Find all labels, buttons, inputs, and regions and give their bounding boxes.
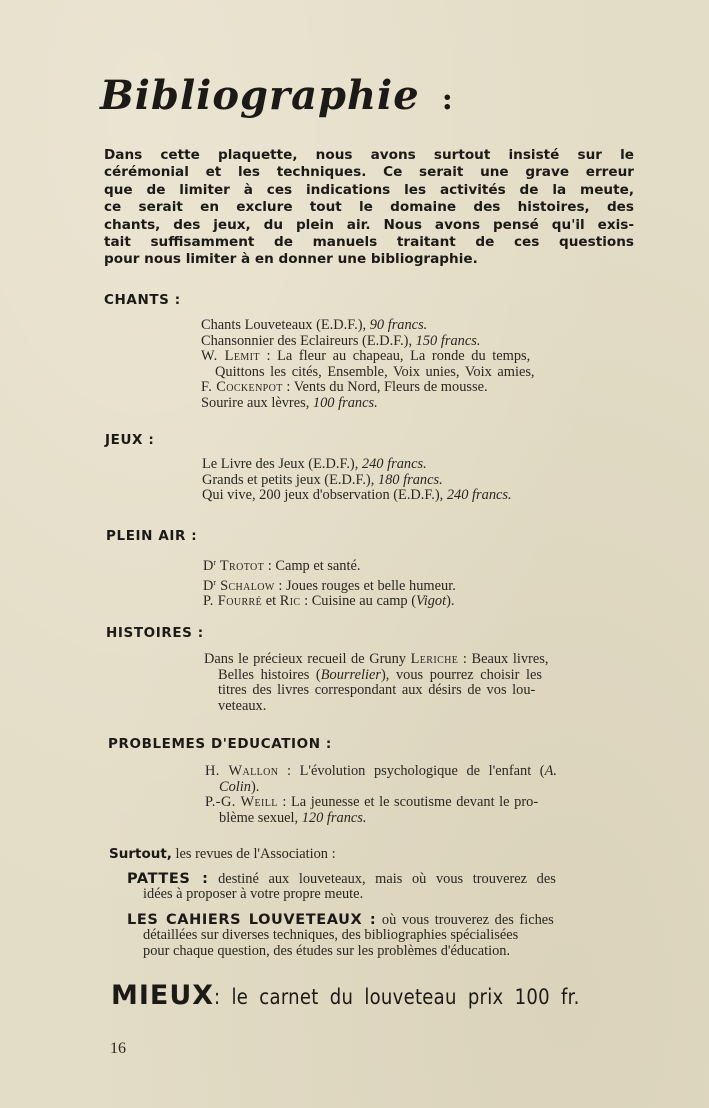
revue-name: LES CAHIERS LOUVETEAUX :	[127, 912, 376, 928]
bib-entry: Dr Trotot : Camp et santé.	[203, 555, 456, 575]
title-colon: :	[442, 82, 454, 117]
entry-text: : Joues rouges et belle humeur.	[275, 578, 456, 594]
entry-text: Grands et petits jeux (E.D.F.),	[202, 472, 378, 488]
section-heading-chants: CHANTS :	[104, 292, 181, 308]
revue-name: PATTES :	[127, 871, 209, 887]
bib-entry-continuation: blème sexuel, 120 francs.	[205, 811, 557, 827]
entry-text: ).	[446, 593, 454, 609]
entry-price: 120 francs.	[302, 810, 367, 826]
revue-text: où vous trouverez des fiches	[376, 912, 553, 928]
entry-author: F. Cockenpot	[201, 379, 283, 395]
entry-price: 100 francs.	[313, 395, 378, 411]
mieux-advert: MIEUX : le carnet du louveteau prix 100 …	[111, 980, 639, 1011]
entry-publisher: A.	[545, 763, 557, 779]
entry-text: : La fleur au chapeau, La ronde du temps…	[260, 348, 530, 364]
intro-line: tait suffisamment de manuels traitant de…	[104, 234, 634, 251]
bib-entry: Sourire aux lèvres, 100 francs.	[201, 396, 535, 412]
entry-title-prefix: D	[203, 578, 213, 594]
mieux-text: : le carnet du louveteau prix 100 fr.	[214, 985, 580, 1009]
section-plein-air-list: Dr Trotot : Camp et santé. Dr Schalow : …	[203, 555, 456, 610]
entry-author: P. Fourré	[203, 593, 262, 609]
entry-text: et	[262, 593, 280, 609]
bib-entry-continuation: veteaux.	[204, 699, 548, 715]
entry-text: : L'évolution psychologique de l'enfant …	[278, 763, 544, 779]
revue-line: détaillées sur diverses techniques, des …	[127, 928, 554, 943]
bib-entry: F. Cockenpot : Vents du Nord, Fleurs de …	[201, 380, 535, 396]
entry-author: H. Wallon	[205, 763, 278, 779]
section-heading-education: PROBLEMES D'EDUCATION :	[108, 736, 332, 752]
entry-price: 180 francs.	[378, 472, 443, 488]
revue-cahiers-louveteaux: LES CAHIERS LOUVETEAUX : où vous trouver…	[127, 913, 554, 959]
section-jeux-list: Le Livre des Jeux (E.D.F.), 240 francs. …	[202, 457, 512, 504]
entry-text: Dans le précieux recueil de Gruny	[204, 651, 411, 667]
entry-text: Chants Louveteaux (E.D.F.),	[201, 317, 370, 333]
intro-line: chants, des jeux, du plein air. Nous avo…	[104, 217, 634, 234]
entry-text: : Camp et santé.	[264, 558, 360, 574]
section-education-list: H. Wallon : L'évolution psychologique de…	[205, 764, 557, 826]
entry-author: Schalow	[216, 578, 275, 594]
entry-author: Ric	[280, 593, 301, 609]
bib-entry: H. Wallon : L'évolution psychologique de…	[205, 764, 557, 780]
entry-publisher: Colin	[219, 779, 251, 795]
intro-line: ce serait en exclure tout le domaine des…	[104, 199, 634, 216]
entry-title-prefix: D	[203, 558, 213, 574]
page-number: 16	[110, 1040, 126, 1058]
entry-text: ), vous pourrez choisir les	[381, 667, 542, 683]
revue-line: idées à proposer à votre propre meute.	[127, 887, 556, 902]
entry-text: ).	[251, 779, 259, 795]
entry-author: W. Lemit	[201, 348, 260, 364]
entry-price: 240 francs.	[362, 456, 427, 472]
bib-entry-continuation: Quittons les cités, Ensemble, Voix unies…	[201, 365, 535, 381]
entry-text: blème sexuel,	[219, 810, 302, 826]
revue-text: destiné aux louveteaux, mais où vous tro…	[209, 871, 556, 887]
revue-line: PATTES : destiné aux louveteaux, mais où…	[127, 872, 556, 887]
entry-text: : Beaux livres,	[458, 651, 548, 667]
mieux-bold: MIEUX	[111, 980, 214, 1011]
intro-line: cérémonial et les techniques. Ce serait …	[104, 164, 634, 181]
entry-text: : Cuisine au camp (	[301, 593, 417, 609]
entry-author: P.-G. Weill	[205, 794, 278, 810]
entry-price: 240 francs.	[447, 487, 512, 503]
surtout-bold: Surtout,	[109, 846, 172, 862]
revue-line: LES CAHIERS LOUVETEAUX : où vous trouver…	[127, 913, 554, 928]
bib-entry: Dans le précieux recueil de Gruny Lerich…	[204, 652, 548, 668]
entry-text: : Vents du Nord, Fleurs de mousse.	[283, 379, 488, 395]
bib-entry: Chants Louveteaux (E.D.F.), 90 francs.	[201, 318, 535, 334]
entry-text: Le Livre des Jeux (E.D.F.),	[202, 456, 362, 472]
entry-publisher: Bourrelier	[321, 667, 381, 683]
page-title: Bibliographie:	[100, 72, 454, 119]
bib-entry: Dr Schalow : Joues rouges et belle humeu…	[203, 575, 456, 595]
entry-text: : La jeunesse et le scoutisme devant le …	[278, 794, 538, 810]
bib-entry: Qui vive, 200 jeux d'observation (E.D.F.…	[202, 488, 512, 504]
document-page: Bibliographie: Dans cette plaquette, nou…	[0, 0, 709, 1108]
entry-author: Leriche	[411, 651, 459, 667]
section-heading-histoires: HISTOIRES :	[106, 625, 204, 641]
bib-entry: Grands et petits jeux (E.D.F.), 180 fran…	[202, 473, 512, 489]
entry-text: Chansonnier des Eclaireurs (E.D.F.),	[201, 333, 416, 349]
bib-entry: Chansonnier des Eclaireurs (E.D.F.), 150…	[201, 334, 535, 350]
intro-line: pour nous limiter à en donner une biblio…	[104, 251, 634, 268]
title-text: Bibliographie	[100, 72, 420, 119]
entry-publisher: Vigot	[416, 593, 446, 609]
entry-author: Trotot	[216, 558, 264, 574]
bib-entry: Le Livre des Jeux (E.D.F.), 240 francs.	[202, 457, 512, 473]
revue-line: pour chaque question, des études sur les…	[127, 944, 554, 959]
section-histoires-list: Dans le précieux recueil de Gruny Lerich…	[204, 652, 548, 714]
surtout-text: les revues de l'Association :	[172, 846, 336, 862]
bib-entry: P. Fourré et Ric : Cuisine au camp (Vigo…	[203, 594, 456, 610]
bib-entry-continuation: Belles histoires (Bourrelier), vous pour…	[204, 668, 548, 684]
entry-price: 90 francs.	[370, 317, 428, 333]
intro-paragraph: Dans cette plaquette, nous avons surtout…	[104, 147, 634, 269]
revue-pattes: PATTES : destiné aux louveteaux, mais où…	[127, 872, 556, 903]
entry-text: Qui vive, 200 jeux d'observation (E.D.F.…	[202, 487, 447, 503]
entry-text: Sourire aux lèvres,	[201, 395, 313, 411]
bib-entry: W. Lemit : La fleur au chapeau, La ronde…	[201, 349, 535, 365]
section-chants-list: Chants Louveteaux (E.D.F.), 90 francs. C…	[201, 318, 535, 412]
entry-text: Belles histoires (	[218, 667, 321, 683]
section-heading-plein-air: PLEIN AIR :	[106, 528, 197, 544]
bib-entry-continuation: Colin).	[205, 780, 557, 796]
intro-line: que de limiter à ces indications les act…	[104, 182, 634, 199]
bib-entry: P.-G. Weill : La jeunesse et le scoutism…	[205, 795, 557, 811]
intro-line: Dans cette plaquette, nous avons surtout…	[104, 147, 634, 164]
surtout-line: Surtout, les revues de l'Association :	[109, 846, 336, 863]
section-heading-jeux: JEUX :	[105, 432, 154, 448]
bib-entry-continuation: titres des livres correspondant aux dési…	[204, 683, 548, 699]
entry-price: 150 francs.	[416, 333, 481, 349]
